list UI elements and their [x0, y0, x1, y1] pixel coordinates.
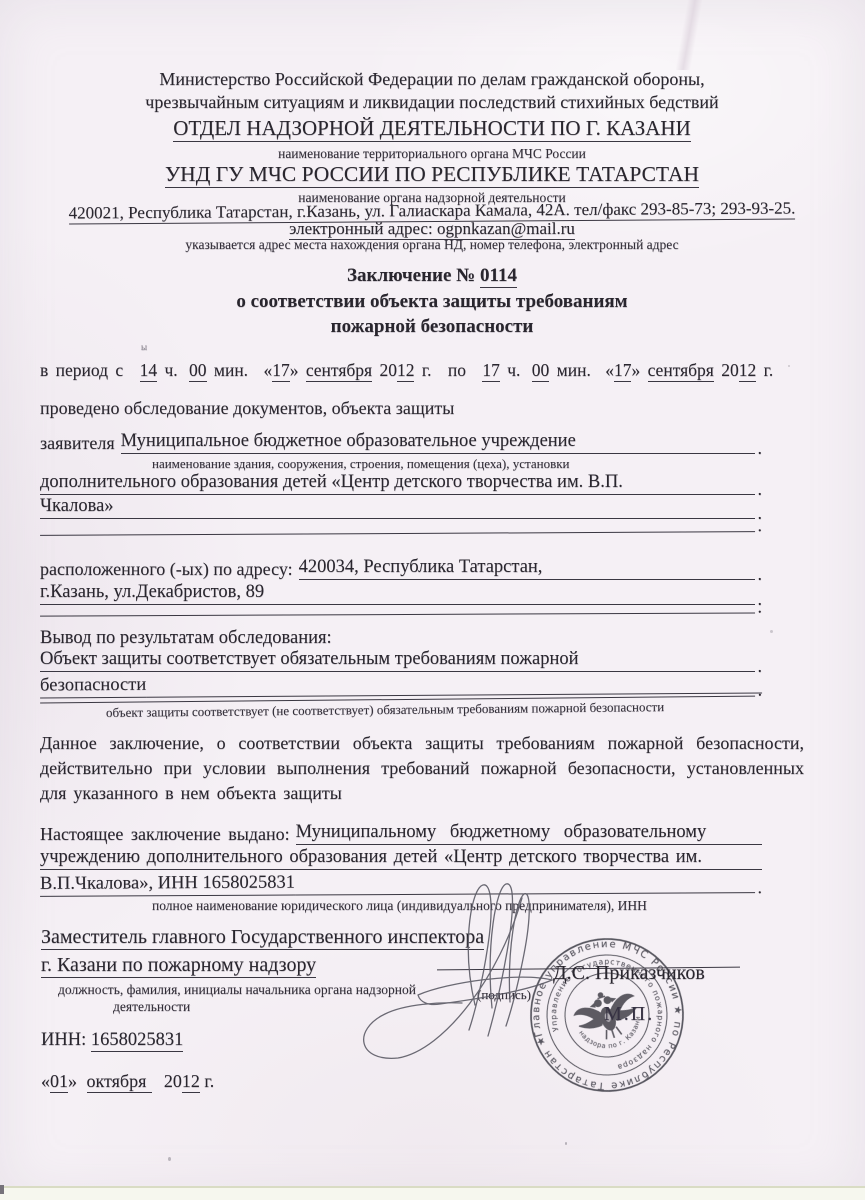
conclusion-row-1: Объект защиты соответствует обязательным…: [40, 648, 762, 672]
location-label: расположенного (-ых) по адресу:: [40, 559, 293, 581]
ministry-line-2: чрезвычайным ситуациям и ликвидации посл…: [14, 92, 850, 114]
applicant-row-2: дополнительного образования детей «Центр…: [40, 471, 762, 495]
applicant-value-1: Муниципальное бюджетное образовательное …: [121, 430, 576, 454]
document-title-line1: Заключение № 0114: [14, 264, 850, 287]
inn-label: ИНН:: [41, 1030, 86, 1050]
rule-end-dot: .: [757, 877, 762, 899]
handwritten-signature: [330, 855, 590, 1070]
inspection-period-line: в период с 14 ч. 00 мин. «17» сентября 2…: [40, 360, 773, 381]
department-caption: наименование территориального органа МЧС…: [14, 146, 850, 162]
mp-place-of-seal-label: М.П.: [604, 1003, 654, 1026]
conclusion-caption: объект защиты соответствует (не соответс…: [106, 699, 664, 721]
dust-speck: [788, 365, 790, 367]
applicant-value-2: дополнительного образования детей «Центр…: [40, 471, 623, 495]
issued-value-1: Муниципальному бюджетному образовательно…: [296, 821, 707, 845]
period-hour1: 14: [140, 360, 158, 382]
validity-paragraph: Данное заключение, о соответствии объект…: [40, 731, 804, 806]
date-quote-open: «: [41, 1071, 50, 1091]
blank-rule: [40, 612, 754, 616]
signer-position-line2: г. Казани по пожарному надзору: [41, 953, 316, 977]
date-year-unit: г.: [204, 1071, 214, 1091]
period-hour-unit2: ч.: [507, 360, 520, 380]
location-row-1: расположенного (-ых) по адресу: 420034, …: [40, 556, 762, 580]
rule-end-dot: .: [757, 680, 762, 702]
period-label-start: в период с: [40, 360, 123, 380]
conclusion-heading: Вывод по результатам обследования:: [40, 627, 332, 650]
period-year-unit2: г.: [764, 360, 774, 380]
department-name: ОТДЕЛ НАДЗОРНОЙ ДЕЯТЕЛЬНОСТИ ПО Г. КАЗАН…: [173, 116, 691, 142]
period-label-to: по: [448, 360, 466, 380]
applicant-row-4-empty: .: [40, 508, 762, 536]
period-day2: 17: [614, 360, 632, 382]
quote-open1: «: [263, 360, 272, 380]
period-year-unit1: г.: [422, 360, 432, 380]
period-minute-unit2: мин.: [557, 360, 591, 380]
period-minute-unit1: мин.: [214, 360, 248, 380]
quote-close1: »: [290, 360, 299, 380]
document-title-line2: о соответствии объекта защиты требования…: [14, 290, 850, 313]
scan-artifact-mark: ы: [141, 342, 147, 352]
issue-date-line: «01» октября 2012 г.: [41, 1071, 214, 1093]
period-minute2: 00: [532, 360, 550, 382]
blank-rule: [576, 453, 755, 454]
quote-open2: «: [605, 360, 614, 380]
scan-corner-mark: [0, 1185, 4, 1194]
applicant-label: заявителя: [40, 433, 115, 455]
period-hour-unit1: ч.: [164, 360, 177, 380]
location-row-3-empty: .: [40, 589, 762, 616]
position-caption-line2: деятельности: [113, 999, 190, 1015]
period-year1: 12: [397, 360, 415, 382]
date-quote-close: »: [68, 1071, 77, 1091]
ministry-line-1: Министерство Российской Федерации по дел…: [14, 69, 850, 91]
inn-line: ИНН: 1658025831: [41, 1029, 183, 1052]
period-minute1: 00: [189, 360, 207, 382]
date-year: 12: [182, 1071, 200, 1093]
rule-end-dot: .: [758, 438, 763, 460]
date-day: 01: [50, 1071, 68, 1093]
scanned-document-page: Министерство Российской Федерации по дел…: [0, 0, 865, 1200]
signer-position-text2: г. Казани по пожарному надзору: [41, 954, 316, 978]
rule-end-dot: .: [757, 516, 762, 538]
dust-speck: [770, 630, 773, 633]
applicant-caption: наименование здания, сооружения, строени…: [152, 456, 570, 472]
period-month1: сентября: [306, 360, 372, 382]
issued-label: Настоящее заключение выдано:: [40, 824, 290, 846]
scan-edge-strip: [0, 1186, 865, 1200]
document-number: 0114: [480, 265, 517, 288]
document-title-line3: пожарной безопасности: [14, 315, 850, 338]
rule-end-dot: .: [757, 597, 762, 619]
signer-name: Д.С. Приказчиков: [553, 962, 705, 985]
period-year2: 12: [739, 360, 757, 382]
office-name-line: УНД ГУ МЧС РОССИИ ПО РЕСПУБЛИКЕ ТАТАРСТА…: [14, 161, 850, 187]
period-month2: сентября: [648, 360, 714, 382]
period-year-century2: 20: [721, 360, 739, 380]
paper-crease: [676, 0, 702, 70]
location-value-1: 420034, Республика Татарстан,: [299, 556, 543, 580]
date-month: октября: [87, 1071, 153, 1093]
blank-rule: [40, 531, 754, 536]
period-day1: 17: [272, 360, 290, 382]
quote-close2: »: [631, 360, 640, 380]
issued-row-1: Настоящее заключение выдано: Муниципальн…: [40, 821, 762, 845]
dust-speck: [565, 1142, 567, 1145]
inn-value: 1658025831: [91, 1030, 184, 1052]
department-name-line: ОТДЕЛ НАДЗОРНОЙ ДЕЯТЕЛЬНОСТИ ПО Г. КАЗАН…: [14, 116, 850, 142]
survey-line: проведено обследование документов, объек…: [40, 398, 454, 420]
date-year-century: 20: [164, 1071, 182, 1091]
dust-speck: [168, 1157, 171, 1161]
period-year-century1: 20: [379, 360, 397, 380]
address-caption: указывается адрес места нахождения орган…: [14, 237, 850, 253]
conclusion-value-1: Объект защиты соответствует обязательным…: [40, 648, 579, 672]
office-name: УНД ГУ МЧС РОССИИ ПО РЕСПУБЛИКЕ ТАТАРСТА…: [165, 162, 699, 188]
issued-value-3: В.П.Чкалова», ИНН 1658025831: [40, 872, 295, 898]
title-prefix: Заключение №: [347, 265, 475, 286]
applicant-row-1: заявителя Муниципальное бюджетное образо…: [40, 430, 762, 454]
period-hour2: 17: [482, 360, 500, 382]
